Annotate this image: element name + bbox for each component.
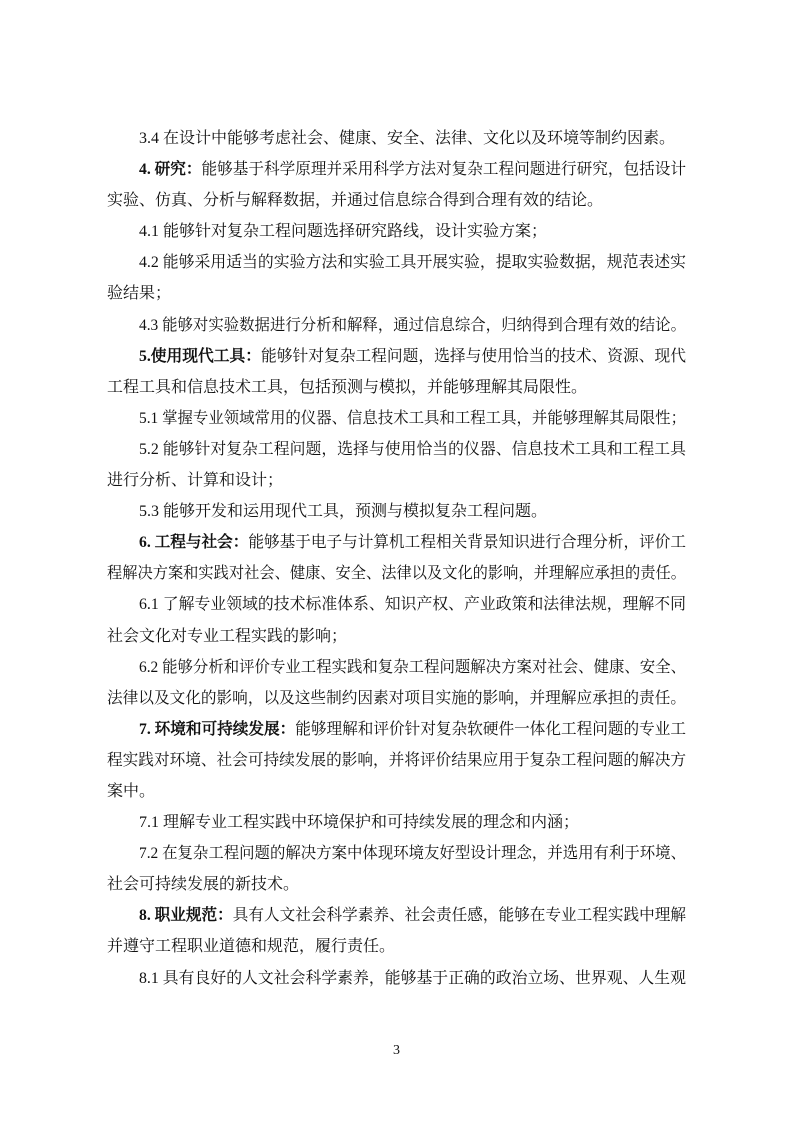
text-line: 4.2 能够采用适当的实验方法和实验工具开展实验，提取实验数据，规范表述实 (107, 247, 686, 278)
text-line: 并遵守工程职业道德和规范，履行责任。 (107, 931, 686, 962)
section-heading-label: 7. 环境和可持续发展： (139, 721, 295, 738)
text-line: 社会文化对专业工程实践的影响； (107, 621, 686, 652)
text-line: 5.3 能够开发和运用现代工具，预测与模拟复杂工程问题。 (107, 496, 686, 527)
text-line: 程解决方案和实践对社会、健康、安全、法律以及文化的影响，并理解应承担的责任。 (107, 558, 686, 589)
text-line: 实验、仿真、分析与解释数据，并通过信息综合得到合理有效的结论。 (107, 185, 686, 216)
text-line: 工程工具和信息技术工具，包括预测与模拟，并能够理解其局限性。 (107, 372, 686, 403)
text-line: 4.3 能够对实验数据进行分析和解释，通过信息综合，归纳得到合理有效的结论。 (107, 310, 686, 341)
text-line: 5.1 掌握专业领域常用的仪器、信息技术工具和工程工具，并能够理解其局限性； (107, 403, 686, 434)
page-number-footer: 3 (0, 1042, 793, 1060)
text-line: 7.2 在复杂工程问题的解决方案中体现环境友好型设计理念，并选用有利于环境、 (107, 838, 686, 869)
section-heading-label: 6. 工程与社会： (139, 534, 248, 551)
text-line: 3.4 在设计中能够考虑社会、健康、安全、法律、文化以及环境等制约因素。 (107, 123, 686, 154)
text-line: 6.1 了解专业领域的技术标准体系、知识产权、产业政策和法律法规，理解不同 (107, 589, 686, 620)
text-line: 案中。 (107, 776, 686, 807)
text-line: 4.1 能够针对复杂工程问题选择研究路线，设计实验方案； (107, 216, 686, 247)
text-line: 7. 环境和可持续发展：能够理解和评价针对复杂软硬件一体化工程问题的专业工 (107, 714, 686, 745)
text-line: 社会可持续发展的新技术。 (107, 869, 686, 900)
text-line: 法律以及文化的影响，以及这些制约因素对项目实施的影响，并理解应承担的责任。 (107, 683, 686, 714)
text-line: 程实践对环境、社会可持续发展的影响，并将评价结果应用于复杂工程问题的解决方 (107, 745, 686, 776)
section-heading-label: 8. 职业规范： (139, 907, 233, 924)
text-line: 4. 研究：能够基于科学原理并采用科学方法对复杂工程问题进行研究，包括设计 (107, 154, 686, 185)
text-line: 8. 职业规范：具有人文社会科学素养、社会责任感，能够在专业工程实践中理解 (107, 900, 686, 931)
text-line: 6.2 能够分析和评价专业工程实践和复杂工程问题解决方案对社会、健康、安全、 (107, 652, 686, 683)
text-line: 6. 工程与社会：能够基于电子与计算机工程相关背景知识进行合理分析，评价工 (107, 527, 686, 558)
section-heading-label: 5.使用现代工具： (139, 348, 261, 365)
text-line: 验结果； (107, 278, 686, 309)
document-page: 3.4 在设计中能够考虑社会、健康、安全、法律、文化以及环境等制约因素。4. 研… (0, 0, 793, 1122)
document-body: 3.4 在设计中能够考虑社会、健康、安全、法律、文化以及环境等制约因素。4. 研… (107, 123, 686, 994)
text-line: 5.使用现代工具：能够针对复杂工程问题，选择与使用恰当的技术、资源、现代 (107, 341, 686, 372)
text-line: 进行分析、计算和设计； (107, 465, 686, 496)
text-line: 7.1 理解专业工程实践中环境保护和可持续发展的理念和内涵； (107, 807, 686, 838)
text-line: 5.2 能够针对复杂工程问题，选择与使用恰当的仪器、信息技术工具和工程工具 (107, 434, 686, 465)
section-heading-label: 4. 研究： (139, 161, 202, 178)
text-line: 8.1 具有良好的人文社会科学素养，能够基于正确的政治立场、世界观、人生观 (107, 963, 686, 994)
